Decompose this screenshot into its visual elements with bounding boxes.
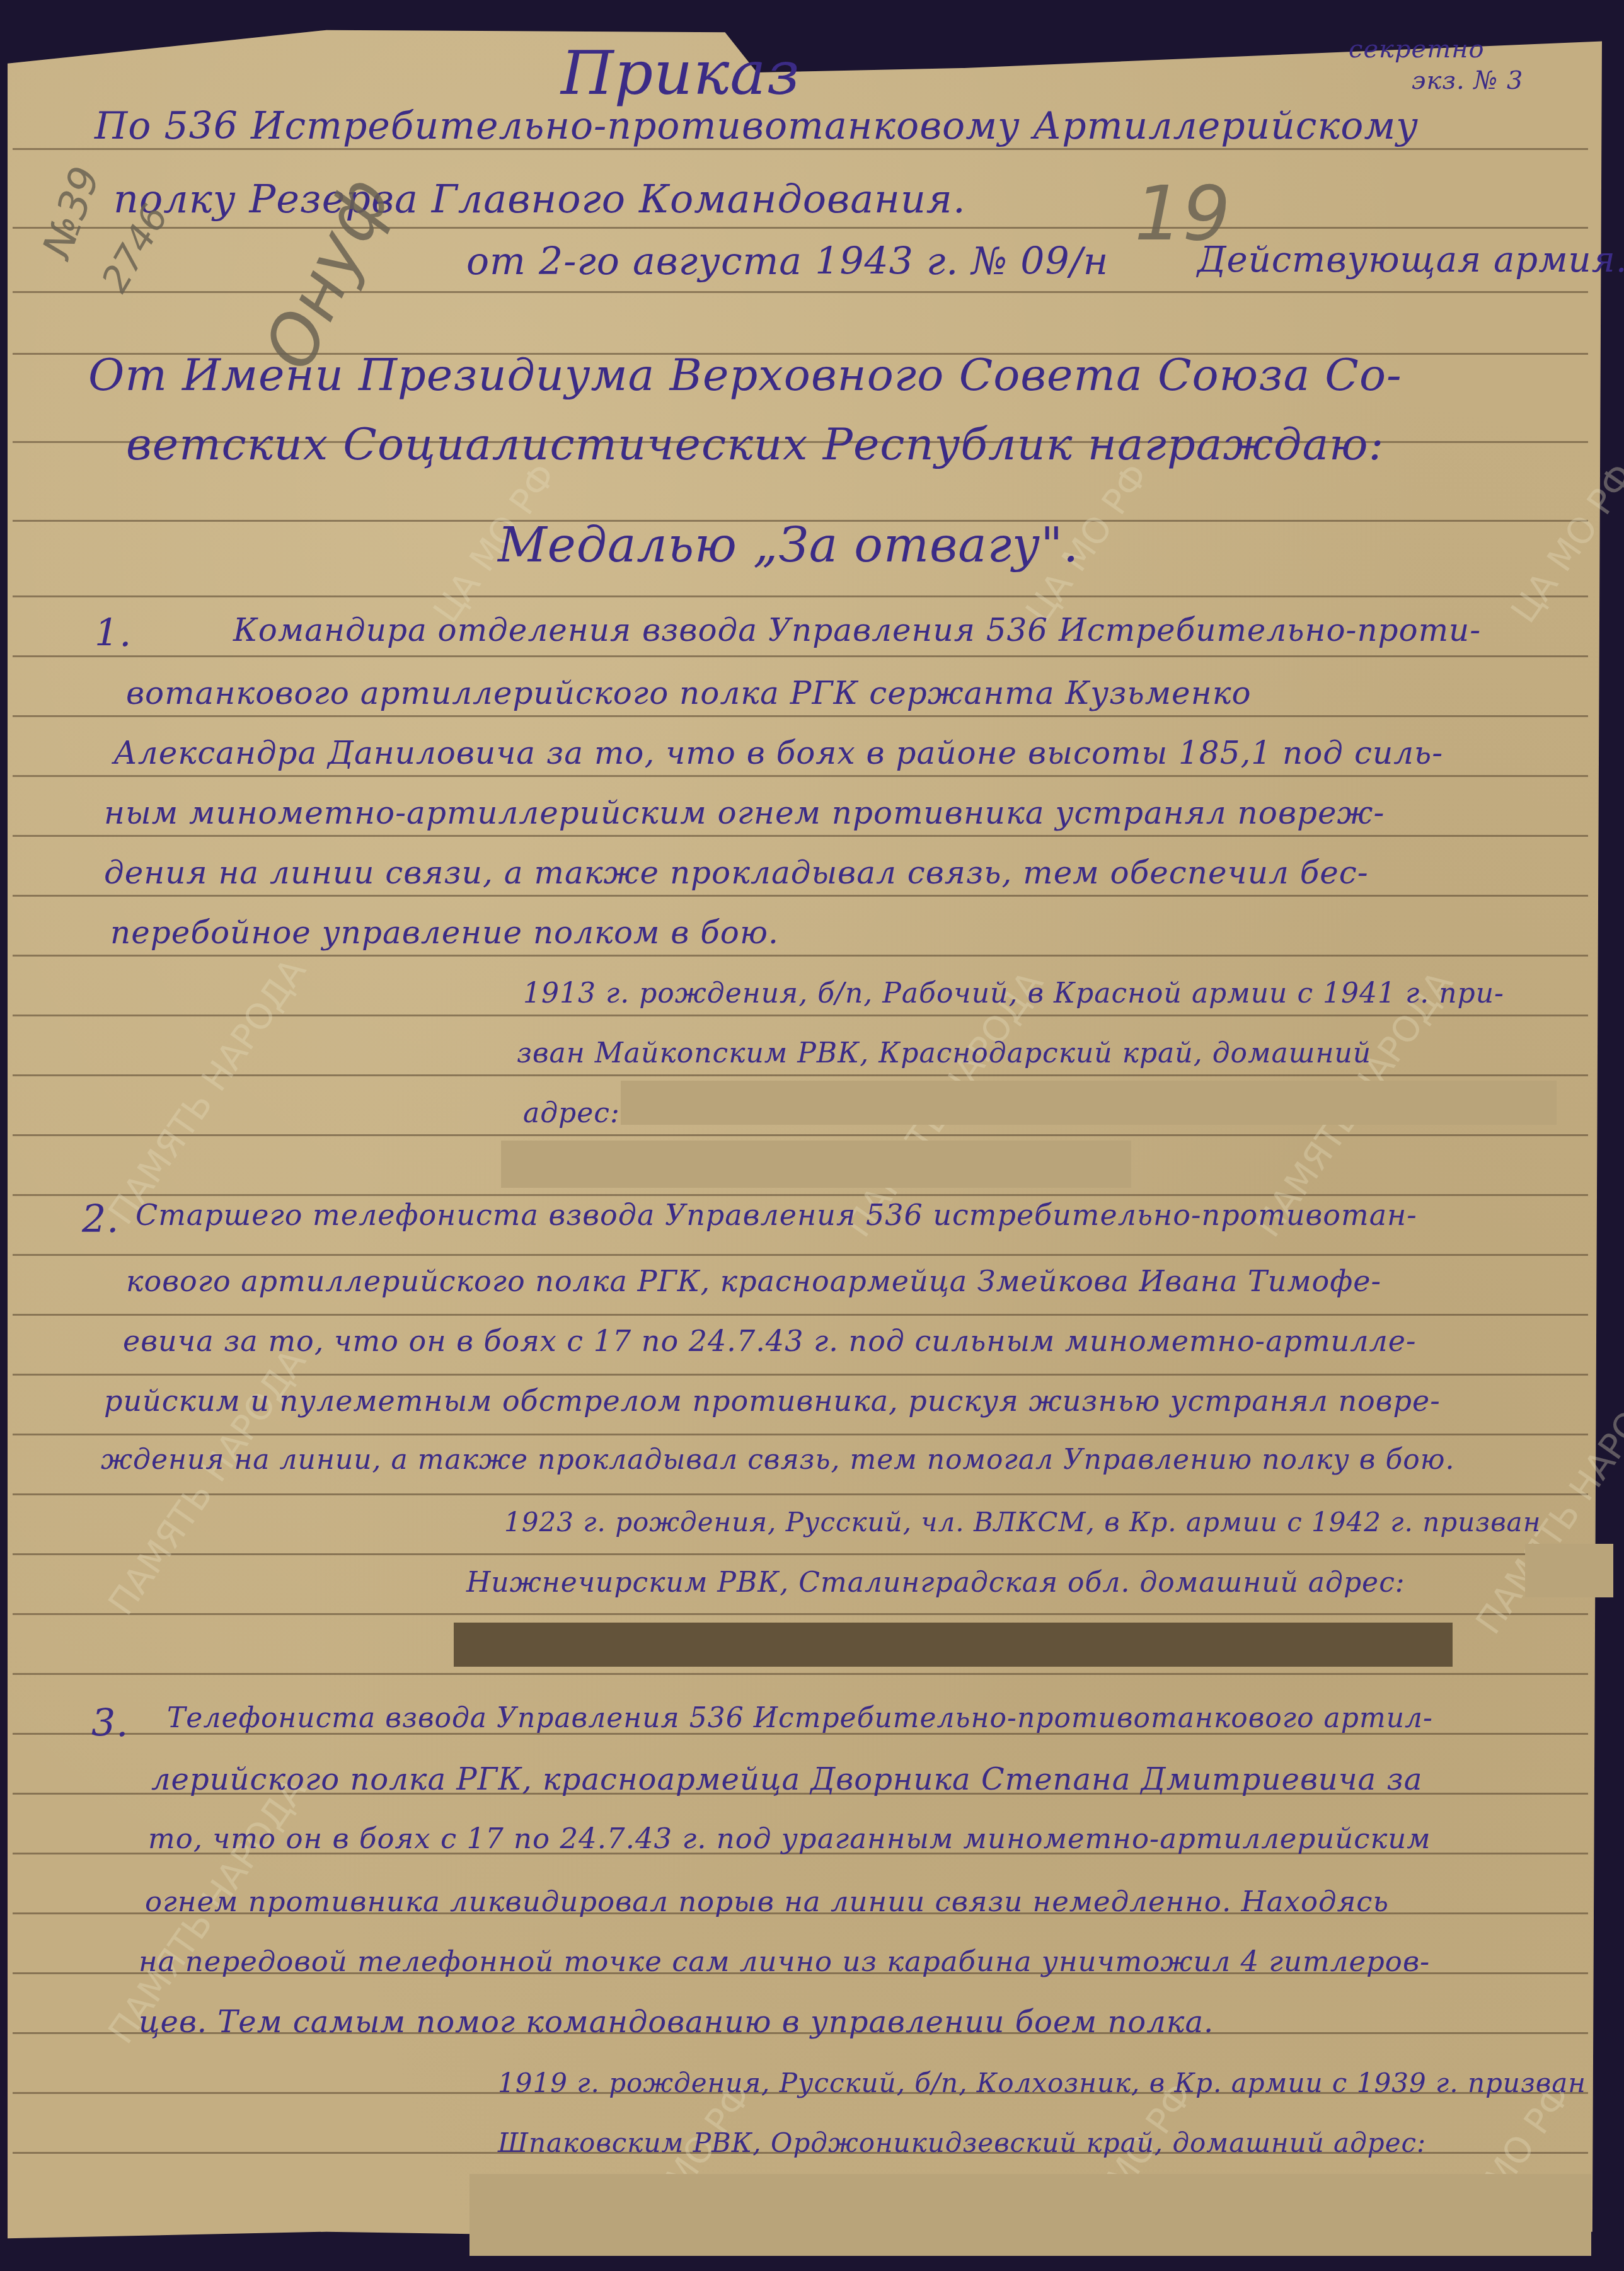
entry-text-line: Командира отделения взвода Управления 53… (233, 614, 1481, 646)
ruled-line (13, 1553, 1588, 1555)
ruled-line (13, 1613, 1588, 1615)
entry-text-line: лерийского полка РГК, красноармейца Двор… (151, 1764, 1422, 1795)
copy-number: экз. № 3 (1412, 66, 1524, 95)
entry-number: 3. (91, 1705, 129, 1742)
ruled-line (13, 595, 1588, 597)
entry-text-line: кового артиллерийского полка РГК, красно… (126, 1267, 1381, 1296)
entry-number: 2. (82, 1200, 119, 1238)
entry-text-line: огнем противника ликвидировал порыв на л… (145, 1887, 1389, 1916)
order-location: Действующая армия. (1197, 243, 1624, 278)
entry-text-line: Александра Даниловича за то, что в боях … (113, 737, 1443, 769)
ruled-line (13, 835, 1588, 837)
ruled-line (13, 291, 1588, 293)
entry-text-line: вотанкового артиллерийского полка РГК се… (126, 677, 1252, 709)
header-line: полку Резерва Главного Командования. (113, 180, 966, 219)
ruled-line (13, 148, 1588, 150)
redacted-address (454, 1623, 1453, 1667)
ruled-line (13, 955, 1588, 957)
ruled-line (13, 1673, 1588, 1675)
ruled-line (13, 1314, 1588, 1316)
redacted-address (621, 1081, 1557, 1125)
entry-text-line: ным минометно-артиллерийским огнем проти… (104, 797, 1385, 829)
ruled-line (13, 655, 1588, 657)
entry-bio-line: 1919 г. рождения, Русский, б/п, Колхозни… (498, 2070, 1586, 2096)
entry-text-line: перебойное управление полком в бою. (110, 917, 779, 948)
ruled-line (13, 1254, 1588, 1256)
ruled-line (13, 1194, 1588, 1196)
entry-text-line: на передовой телефонной точке сам лично … (139, 1947, 1430, 1975)
ruled-line (13, 1374, 1588, 1376)
entry-bio-line: адрес: (523, 1100, 620, 1127)
ruled-line (13, 227, 1588, 229)
ruled-line (13, 1493, 1588, 1495)
preamble-line: ветских Социалистических Республик награ… (126, 422, 1384, 466)
entry-text-line: Телефониста взвода Управления 536 Истреб… (167, 1705, 1433, 1732)
entry-bio-line: 1913 г. рождения, б/п, Рабочий, в Красно… (523, 980, 1504, 1008)
ruled-line (13, 895, 1588, 897)
entry-text-line: ждения на линии, а также прокладывал свя… (101, 1446, 1454, 1474)
entry-number: 1. (95, 614, 132, 652)
secrecy-mark: секретно (1349, 35, 1485, 64)
entry-text-line: Старшего телефониста взвода Управления 5… (135, 1200, 1417, 1229)
redacted-address (1525, 1544, 1613, 1597)
order-date-number: от 2-го августа 1943 г. № 09/н (466, 243, 1109, 280)
entry-bio-line: Нижнечирским РВК, Сталинградская обл. до… (466, 1569, 1405, 1597)
redacted-address (501, 1141, 1131, 1188)
header-line: По 536 Истребительно-противотанковому Ар… (95, 107, 1419, 145)
entry-text-line: рийским и пулеметным обстрелом противник… (104, 1386, 1441, 1415)
entry-bio-line: зван Майкопским РВК, Краснодарский край,… (517, 1040, 1371, 1067)
entry-text-line: цев. Тем самым помог командованию в упра… (139, 2007, 1214, 2037)
redacted-address (469, 2174, 1591, 2256)
entry-bio-line: 1923 г. рождения, Русский, чл. ВЛКСМ, в … (504, 1509, 1541, 1536)
ruled-line (13, 715, 1588, 717)
entry-text-line: дения на линии связи, а также прокладыва… (104, 857, 1369, 888)
preamble-line: От Имени Президиума Верховного Совета Со… (88, 353, 1402, 397)
ruled-line (13, 775, 1588, 777)
award-heading: Медалью „За отвагу". (498, 517, 1079, 573)
entry-bio-line: Шпаковским РВК, Орджоникидзевский край, … (498, 2130, 1426, 2156)
document-title: Приказ (561, 38, 800, 108)
page-number-note: 19 (1134, 170, 1231, 258)
entry-text-line: то, что он в боях с 17 по 24.7.43 г. под… (148, 1824, 1431, 1853)
entry-text-line: евича за то, что он в боях с 17 по 24.7.… (123, 1326, 1417, 1355)
